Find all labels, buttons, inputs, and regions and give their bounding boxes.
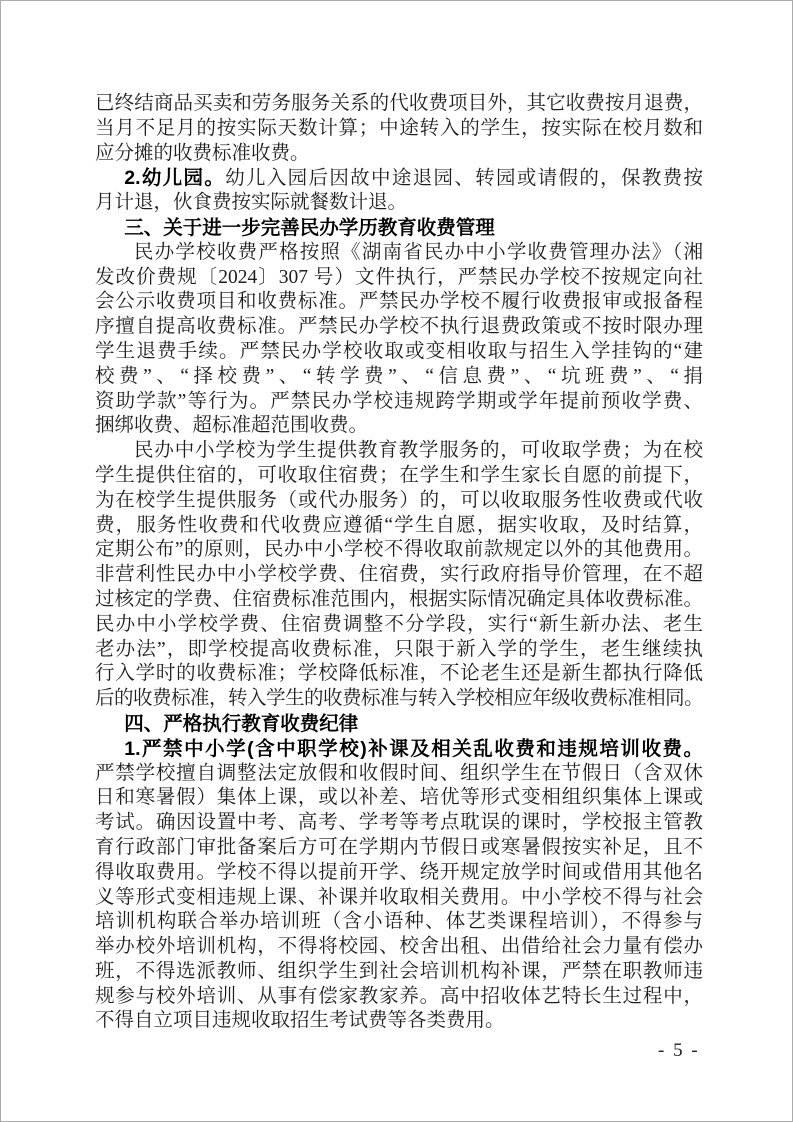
text-line: 育行政部门审批备案后方可在学期内节假日或寒暑假按实补足，且不 xyxy=(95,836,703,861)
bold-run: 1.严禁中小学(含中职学校)补课及相关乱收费和违规培训收费。 xyxy=(124,738,703,760)
text-run: 义等形式变相违规上课、补课并收取相关费用。中小学校不得与社会 xyxy=(95,887,703,908)
bold-run: 2.幼儿园。 xyxy=(124,167,225,189)
text-line: 学生提供住宿的，可收取住宿费；在学生和学生家长自愿的前提下， xyxy=(95,464,703,489)
text-line: 考试。确因设置中考、高考、学考等考点耽误的课时，学校报主管教 xyxy=(95,811,703,836)
text-run: 规参与校外培训、从事有偿家教家养。高中招收体艺特长生过程中， xyxy=(95,986,703,1007)
text-run: 资助学款”等行为。严禁民办学校违规跨学期或学年提前预收学费、 xyxy=(95,391,703,412)
text-line: 当月不足月的按实际天数计算；中途转入的学生，按实际在校月数和 xyxy=(95,117,703,142)
text-line: 资助学款”等行为。严禁民办学校违规跨学期或学年提前预收学费、 xyxy=(95,390,703,415)
text-run: 当月不足月的按实际天数计算；中途转入的学生，按实际在校月数和 xyxy=(95,118,703,139)
text-run: 定期公布”的原则，民办中小学校不得收取前款规定以外的其他费用。 xyxy=(95,539,703,560)
text-line: 不得自立项目违规收取招生考试费等各类费用。 xyxy=(95,1009,703,1034)
text-line: 定期公布”的原则，民办中小学校不得收取前款规定以外的其他费用。 xyxy=(95,538,703,563)
text-line: 已终结商品买卖和劳务服务关系的代收费项目外，其它收费按月退费， xyxy=(95,92,703,117)
text-line: 老办法”，即学校提高收费标准，只限于新入学的学生，老生继续执 xyxy=(95,638,703,663)
text-line: 严禁学校擅自调整法定放假和收假时间、组织学生在节假日（含双休 xyxy=(95,762,703,787)
document-body: 已终结商品买卖和劳务服务关系的代收费项目外，其它收费按月退费，当月不足月的按实际… xyxy=(95,92,703,1034)
text-line: 民办学校收费严格按照《湖南省民办中小学收费管理办法》（湘 xyxy=(95,241,703,266)
text-run: 发改价费规〔2024〕307 号）文件执行，严禁民办学校不按规定向社 xyxy=(95,267,703,288)
text-run: 学生退费手续。严禁民办学校收取或变相收取与招生入学挂钩的“建 xyxy=(95,341,703,362)
text-run: 日和寒暑假）集体上课，或以补差、培优等形式变相组织集体上课或 xyxy=(95,787,703,808)
text-run: 捆绑收费、超标准超范围收费。 xyxy=(95,415,368,436)
text-run: 幼儿入园后因故中途退园、转园或请假的，保教费按 xyxy=(225,168,703,189)
text-line: 学生退费手续。严禁民办学校收取或变相收取与招生入学挂钩的“建 xyxy=(95,340,703,365)
text-line: 规参与校外培训、从事有偿家教家养。高中招收体艺特长生过程中， xyxy=(95,985,703,1010)
text-line: 培训机构联合举办培训班（含小语种、体艺类课程培训），不得参与 xyxy=(95,910,703,935)
text-line: 发改价费规〔2024〕307 号）文件执行，严禁民办学校不按规定向社 xyxy=(95,266,703,291)
text-run: 月计退，伙食费按实际就餐数计退。 xyxy=(95,192,407,213)
section-heading: 四、严格执行教育收费纪律 xyxy=(95,712,703,737)
text-line: 行入学时的收费标准；学校降低标准，不论老生还是新生都执行降低 xyxy=(95,662,703,687)
text-run: 育行政部门审批备案后方可在学期内节假日或寒暑假按实补足，且不 xyxy=(95,837,703,858)
text-line: 班，不得选派教师、组织学生到社会培训机构补课，严禁在职教师违 xyxy=(95,960,703,985)
text-line: 后的收费标准，转入学生的收费标准与转入学校相应年级收费标准相同。 xyxy=(95,687,703,712)
text-line: 会公示收费项目和收费标准。严禁民办学校不履行收费报审或报备程 xyxy=(95,290,703,315)
text-line: 过核定的学费、住宿费标准范围内，根据实际情况确定具体收费标准。 xyxy=(95,588,703,613)
text-line: 民办中小学校学费、住宿费调整不分学段，实行“新生新办法、老生 xyxy=(95,613,703,638)
text-run: 得收取费用。学校不得以提前开学、绕开规定放学时间或借用其他名 xyxy=(95,862,703,883)
page-number: - 5 - xyxy=(658,1040,700,1062)
text-line: 义等形式变相违规上课、补课并收取相关费用。中小学校不得与社会 xyxy=(95,886,703,911)
document-page: 已终结商品买卖和劳务服务关系的代收费项目外，其它收费按月退费，当月不足月的按实际… xyxy=(0,0,793,1122)
text-run: 严禁学校擅自调整法定放假和收假时间、组织学生在节假日（含双休 xyxy=(95,763,703,784)
text-run: 已终结商品买卖和劳务服务关系的代收费项目外，其它收费按月退费， xyxy=(95,93,703,114)
text-run: 民办学校收费严格按照《湖南省民办中小学收费管理办法》（湘 xyxy=(134,242,703,263)
text-line: 日和寒暑假）集体上课，或以补差、培优等形式变相组织集体上课或 xyxy=(95,786,703,811)
text-run: 序擅自提高收费标准。严禁民办学校不执行退费政策或不按时限办理 xyxy=(95,316,703,337)
text-line: 2.幼儿园。幼儿入园后因故中途退园、转园或请假的，保教费按 xyxy=(95,166,703,191)
text-run: 举办校外培训机构，不得将校园、校舍出租、出借给社会力量有偿办 xyxy=(95,936,703,957)
text-run: 为在校学生提供服务（或代办服务）的，可以收取服务性收费或代收 xyxy=(95,490,703,511)
text-run: 学生提供住宿的，可收取住宿费；在学生和学生家长自愿的前提下， xyxy=(95,465,703,486)
section-heading: 三、关于进一步完善民办学历教育收费管理 xyxy=(95,216,703,241)
text-line: 捆绑收费、超标准超范围收费。 xyxy=(95,414,703,439)
text-run: 过核定的学费、住宿费标准范围内，根据实际情况确定具体收费标准。 xyxy=(95,589,703,610)
bold-run: 四、严格执行教育收费纪律 xyxy=(124,713,358,735)
text-line: 月计退，伙食费按实际就餐数计退。 xyxy=(95,191,703,216)
text-run: 非营利性民办中小学校学费、住宿费，实行政府指导价管理，在不超 xyxy=(95,564,703,585)
text-line: 校费”、“择校费”、“转学费”、“信息费”、“坑班费”、“捐 xyxy=(95,365,703,390)
text-run: 老办法”，即学校提高收费标准，只限于新入学的学生，老生继续执 xyxy=(95,639,703,660)
text-line: 应分摊的收费标准收费。 xyxy=(95,142,703,167)
text-line: 非营利性民办中小学校学费、住宿费，实行政府指导价管理，在不超 xyxy=(95,563,703,588)
text-line: 民办中小学校为学生提供教育教学服务的，可收取学费；为在校 xyxy=(95,439,703,464)
text-run: 校费”、“择校费”、“转学费”、“信息费”、“坑班费”、“捐 xyxy=(95,366,703,387)
text-run: 不得自立项目违规收取招生考试费等各类费用。 xyxy=(95,1010,505,1031)
text-line: 费，服务性收费和代收费应遵循“学生自愿，据实收取，及时结算， xyxy=(95,514,703,539)
text-run: 后的收费标准，转入学生的收费标准与转入学校相应年级收费标准相同。 xyxy=(95,688,703,709)
text-run: 应分摊的收费标准收费。 xyxy=(95,143,310,164)
text-line: 为在校学生提供服务（或代办服务）的，可以收取服务性收费或代收 xyxy=(95,489,703,514)
text-run: 费，服务性收费和代收费应遵循“学生自愿，据实收取，及时结算， xyxy=(95,515,703,536)
text-run: 培训机构联合举办培训班（含小语种、体艺类课程培训），不得参与 xyxy=(95,911,703,932)
text-run: 民办中小学校学费、住宿费调整不分学段，实行“新生新办法、老生 xyxy=(95,614,703,635)
text-run: 班，不得选派教师、组织学生到社会培训机构补课，严禁在职教师违 xyxy=(95,961,703,982)
text-line: 序擅自提高收费标准。严禁民办学校不执行退费政策或不按时限办理 xyxy=(95,315,703,340)
text-run: 考试。确因设置中考、高考、学考等考点耽误的课时，学校报主管教 xyxy=(95,812,703,833)
text-line: 得收取费用。学校不得以提前开学、绕开规定放学时间或借用其他名 xyxy=(95,861,703,886)
text-line: 1.严禁中小学(含中职学校)补课及相关乱收费和违规培训收费。 xyxy=(95,737,703,762)
bold-run: 三、关于进一步完善民办学历教育收费管理 xyxy=(124,217,495,239)
text-run: 民办中小学校为学生提供教育教学服务的，可收取学费；为在校 xyxy=(134,440,703,461)
text-line: 举办校外培训机构，不得将校园、校舍出租、出借给社会力量有偿办 xyxy=(95,935,703,960)
text-run: 行入学时的收费标准；学校降低标准，不论老生还是新生都执行降低 xyxy=(95,663,703,684)
text-run: 会公示收费项目和收费标准。严禁民办学校不履行收费报审或报备程 xyxy=(95,291,703,312)
